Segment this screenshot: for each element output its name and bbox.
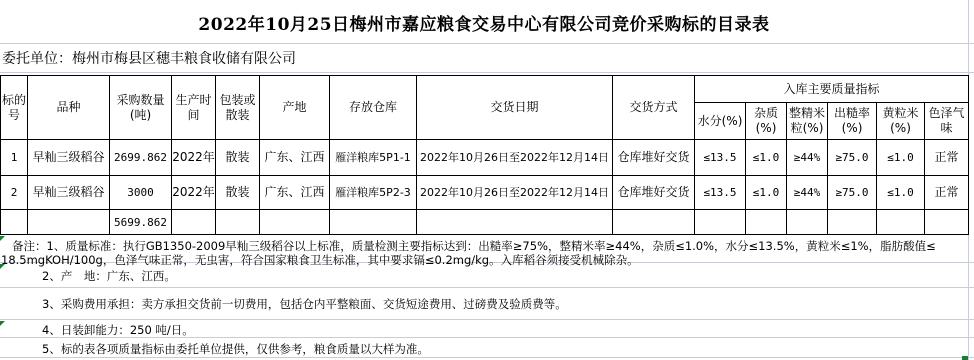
cell-impurity: ≤1.0 bbox=[746, 140, 787, 176]
gridline bbox=[0, 287, 974, 288]
gridline bbox=[0, 72, 974, 73]
gridline bbox=[0, 319, 974, 320]
note-1-line-2: 18.5mgKOH/100g，色泽气味正常，无虫害，符合国家粮食卫生标准，其中要… bbox=[1, 252, 639, 268]
header-row: 标的号 品种 采购数量(吨) 生产时间 包装或散装 产地 存放仓库 交货日期 交… bbox=[1, 76, 969, 103]
cell-packaging: 散装 bbox=[216, 140, 260, 176]
cell-yellow-rice: ≤1.0 bbox=[877, 140, 925, 176]
cell-empty bbox=[417, 210, 613, 235]
client-unit: 委托单位：梅州市梅县区穗丰粮食收储有限公司 bbox=[2, 46, 296, 72]
header-quality-group: 入库主要质量指标 bbox=[695, 76, 969, 103]
cell-comment-marker bbox=[0, 236, 5, 241]
header-origin: 产地 bbox=[260, 76, 330, 140]
header-head-rice: 整精米粒(%) bbox=[787, 103, 828, 140]
note-4: 4、日装卸能力：250 吨/日。 bbox=[42, 322, 194, 338]
cell-quantity: 2699.862 bbox=[110, 140, 172, 176]
cell-origin: 广东、江西 bbox=[260, 176, 330, 210]
header-lot-no: 标的号 bbox=[1, 76, 28, 140]
cell-husking-rate: ≥75.0 bbox=[828, 140, 877, 176]
cell-moisture: ≤13.5 bbox=[695, 176, 746, 210]
selection-handle[interactable] bbox=[962, 356, 968, 360]
header-color-odor: 色泽气味 bbox=[925, 103, 969, 140]
cell-delivery-method: 仓库堆好交货 bbox=[613, 140, 695, 176]
cell-empty bbox=[216, 210, 260, 235]
cell-color-odor: 正常 bbox=[925, 176, 969, 210]
cell-empty bbox=[330, 210, 417, 235]
note-2: 2、产 地：广东、江西。 bbox=[42, 268, 176, 284]
cell-packaging: 散装 bbox=[216, 176, 260, 210]
header-moisture: 水分(%) bbox=[695, 103, 746, 140]
cell-comment-marker bbox=[0, 264, 5, 269]
cell-production-year: 2022年 bbox=[172, 176, 216, 210]
cell-color-odor: 正常 bbox=[925, 140, 969, 176]
cell-empty bbox=[695, 210, 746, 235]
table-row: 1 早籼三级稻谷 2699.862 2022年 散装 广东、江西 雁洋粮库5P1… bbox=[1, 140, 969, 176]
header-production-year: 生产时间 bbox=[172, 76, 216, 140]
cell-variety: 早籼三级稻谷 bbox=[28, 140, 110, 176]
cell-warehouse: 雁洋粮库5P1-1 bbox=[330, 140, 417, 176]
cell-comment-marker bbox=[0, 321, 5, 326]
table-row: 2 早籼三级稻谷 3000 2022年 散装 广东、江西 雁洋粮库5P2-3 2… bbox=[1, 176, 969, 210]
cell-empty bbox=[746, 210, 787, 235]
header-delivery-date: 交货日期 bbox=[417, 76, 613, 140]
cell-empty bbox=[172, 210, 216, 235]
page-title: 2022年10月25日梅州市嘉应粮食交易中心有限公司竞价采购标的目录表 bbox=[0, 0, 968, 44]
cell-delivery-method: 仓库堆好交货 bbox=[613, 176, 695, 210]
header-husking-rate: 出糙率(%) bbox=[828, 103, 877, 140]
header-warehouse: 存放仓库 bbox=[330, 76, 417, 140]
cell-empty bbox=[925, 210, 969, 235]
cell-empty bbox=[28, 210, 110, 235]
cell-moisture: ≤13.5 bbox=[695, 140, 746, 176]
cell-impurity: ≤1.0 bbox=[746, 176, 787, 210]
header-delivery-method: 交货方式 bbox=[613, 76, 695, 140]
header-quantity: 采购数量(吨) bbox=[110, 76, 172, 140]
total-row: 5699.862 bbox=[1, 210, 969, 235]
note-3: 3、采购费用承担：卖方承担交货前一切费用，包括仓内平整粮面、交货短途费用、过磅费… bbox=[42, 296, 567, 312]
gridline bbox=[0, 357, 974, 358]
cell-lot-no: 1 bbox=[1, 140, 28, 176]
cell-empty bbox=[877, 210, 925, 235]
header-yellow-rice: 黄粒米(%) bbox=[877, 103, 925, 140]
cell-total-quantity: 5699.862 bbox=[110, 210, 172, 235]
cell-production-year: 2022年 bbox=[172, 140, 216, 176]
cell-husking-rate: ≥75.0 bbox=[828, 176, 877, 210]
cell-empty bbox=[828, 210, 877, 235]
header-variety: 品种 bbox=[28, 76, 110, 140]
cell-origin: 广东、江西 bbox=[260, 140, 330, 176]
cell-empty bbox=[1, 210, 28, 235]
header-impurity: 杂质(%) bbox=[746, 103, 787, 140]
cell-warehouse: 雁洋粮库5P2-3 bbox=[330, 176, 417, 210]
cell-empty bbox=[787, 210, 828, 235]
cell-delivery-date: 2022年10月26日至2022年12月14日 bbox=[417, 176, 613, 210]
cell-variety: 早籼三级稻谷 bbox=[28, 176, 110, 210]
cell-yellow-rice: ≤1.0 bbox=[877, 176, 925, 210]
cell-empty bbox=[613, 210, 695, 235]
procurement-table: 标的号 品种 采购数量(吨) 生产时间 包装或散装 产地 存放仓库 交货日期 交… bbox=[0, 75, 969, 235]
cell-head-rice: ≥44% bbox=[787, 140, 828, 176]
header-packaging: 包装或散装 bbox=[216, 76, 260, 140]
cell-lot-no: 2 bbox=[1, 176, 28, 210]
cell-delivery-date: 2022年10月26日至2022年12月14日 bbox=[417, 140, 613, 176]
cell-empty bbox=[260, 210, 330, 235]
cell-quantity: 3000 bbox=[110, 176, 172, 210]
cell-head-rice: ≥44% bbox=[787, 176, 828, 210]
note-5: 5、标的表各项质量指标由委托单位提供，仅供参考，粮食质量以大样为准。 bbox=[42, 341, 429, 357]
